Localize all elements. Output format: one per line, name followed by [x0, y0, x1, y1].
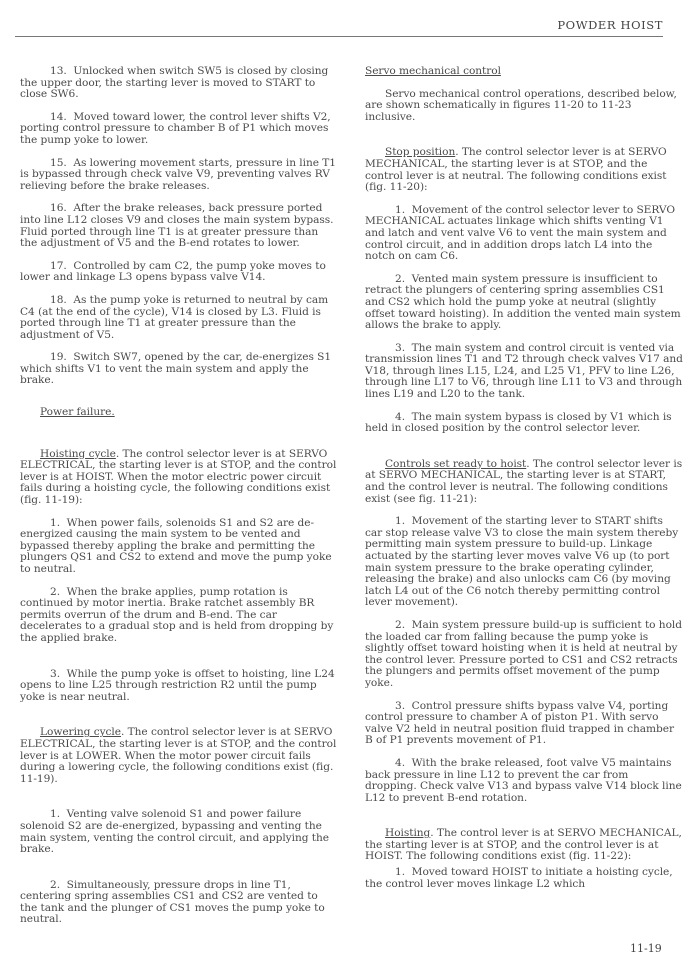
lowering-cycle-item-2: 2. Simultaneously, pressure drops in lin… — [20, 880, 338, 926]
left-column: 13. Unlocked when switch SW5 is closed b… — [20, 66, 338, 926]
stop-position-item-1: 1. Movement of the control selector leve… — [365, 205, 683, 263]
hoisting-item-1: 1. Moved toward HOIST to initiate a hois… — [365, 867, 683, 890]
hoisting-title: Hoisting — [385, 827, 430, 839]
servo-mechanical-heading: Servo mechanical control — [365, 66, 683, 78]
stop-position-item-2: 2. Vented main system pressure is insuff… — [365, 274, 683, 332]
hoisting-cycle-item-3: 3. While the pump yoke is offset to hois… — [20, 669, 338, 704]
controls-set-item-3: 3. Control pressure shifts bypass valve … — [365, 701, 683, 747]
controls-set-item-4: 4. With the brake released, foot valve V… — [365, 758, 683, 804]
stop-position-title: Stop position — [385, 146, 455, 158]
lowering-cycle-intro: Lowering cycle. The control selector lev… — [20, 727, 338, 785]
paragraph-19: 19. Switch SW7, opened by the car, de-en… — [20, 352, 338, 387]
page-header: POWDER HOIST — [15, 18, 663, 37]
hoisting-cycle-title: Hoisting cycle — [40, 448, 116, 460]
paragraph-16: 16. After the brake releases, back press… — [20, 203, 338, 249]
paragraph-17: 17. Controlled by cam C2, the pump yoke … — [20, 261, 338, 284]
hoisting-intro: Hoisting. The control lever is at SERVO … — [365, 828, 683, 863]
servo-mechanical-intro: Servo mechanical control operations, des… — [365, 89, 683, 124]
stop-position-intro: Stop position. The control selector leve… — [365, 147, 683, 193]
hoisting-cycle-item-2: 2. When the brake applies, pump rotation… — [20, 587, 338, 645]
lowering-cycle-title: Lowering cycle — [40, 726, 121, 738]
controls-set-item-2: 2. Main system pressure build-up is suff… — [365, 620, 683, 690]
controls-set-item-1: 1. Movement of the starting lever to STA… — [365, 516, 683, 609]
paragraph-18: 18. As the pump yoke is returned to neut… — [20, 295, 338, 341]
hoisting-cycle-item-1: 1. When power fails, solenoids S1 and S2… — [20, 518, 338, 576]
running-title: POWDER HOIST — [557, 18, 663, 32]
hoisting-cycle-intro: Hoisting cycle. The control selector lev… — [20, 449, 338, 507]
paragraph-14: 14. Moved toward lower, the control leve… — [20, 112, 338, 147]
power-failure-heading: Power failure. — [20, 407, 338, 419]
controls-set-intro: Controls set ready to hoist. The control… — [365, 459, 683, 505]
controls-set-title: Controls set ready to hoist — [385, 458, 526, 470]
paragraph-15: 15. As lowering movement starts, pressur… — [20, 158, 338, 193]
page-number: 11-19 — [630, 942, 662, 955]
right-column: Servo mechanical control Servo mechanica… — [365, 66, 683, 890]
stop-position-item-3: 3. The main system and control circuit i… — [365, 343, 683, 401]
stop-position-item-4: 4. The main system bypass is closed by V… — [365, 412, 683, 435]
paragraph-13: 13. Unlocked when switch SW5 is closed b… — [20, 66, 338, 101]
lowering-cycle-item-1: 1. Venting valve solenoid S1 and power f… — [20, 809, 338, 855]
